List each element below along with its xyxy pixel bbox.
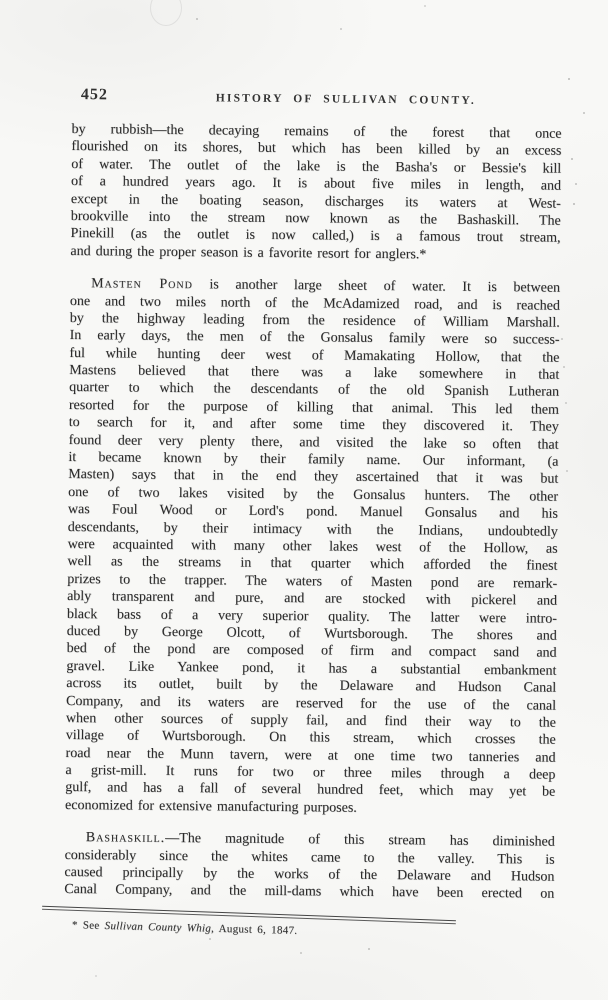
scan-speck xyxy=(571,158,573,160)
scan-speck xyxy=(573,203,575,205)
scan-speck xyxy=(196,18,198,20)
scan-speck xyxy=(575,183,577,185)
scan-speck xyxy=(209,938,211,940)
scan-speck xyxy=(95,975,97,977)
paragraph-lead-smallcaps: Bashaskill. xyxy=(86,830,166,846)
scan-speck xyxy=(424,5,426,7)
body-text: by rubbish—the decaying remains of the f… xyxy=(64,121,561,903)
paragraph: Bashaskill.—The magnitude of this stream… xyxy=(64,829,555,903)
scan-speck xyxy=(583,112,585,114)
footnote-date-text: , August 6, 1847. xyxy=(211,922,298,936)
scanned-book-page: { "page": { "number": "452", "running_he… xyxy=(0,0,608,1000)
paragraph: by rubbish—the decaying remains of the f… xyxy=(70,121,561,265)
text-line: Canal Company, and the mill-dams which h… xyxy=(64,881,554,903)
page-header: 452 HISTORY OF SULLIVAN COUNTY. xyxy=(72,86,562,109)
footnote-marker-text: * See xyxy=(72,919,105,932)
scan-speck xyxy=(340,28,342,30)
running-header: HISTORY OF SULLIVAN COUNTY. xyxy=(72,86,562,108)
scan-speck xyxy=(568,78,570,80)
scan-speck xyxy=(563,366,565,368)
scan-speck xyxy=(368,948,370,950)
scan-speck xyxy=(566,470,568,472)
scan-speck xyxy=(300,952,302,954)
footnote-journal-title: Sullivan County Whig xyxy=(104,920,211,935)
page-number: 452 xyxy=(81,86,108,104)
paragraph: Masten Pond is another large sheet of wa… xyxy=(65,275,560,819)
scan-smudge xyxy=(150,0,182,26)
scan-speck xyxy=(561,338,563,340)
scan-speck xyxy=(565,402,567,404)
footnote: * See Sullivan County Whig, August 6, 18… xyxy=(64,919,554,943)
paragraph-lead-smallcaps: Masten Pond xyxy=(91,276,193,292)
page-content: 452 HISTORY OF SULLIVAN COUNTY. by rubbi… xyxy=(64,86,562,935)
